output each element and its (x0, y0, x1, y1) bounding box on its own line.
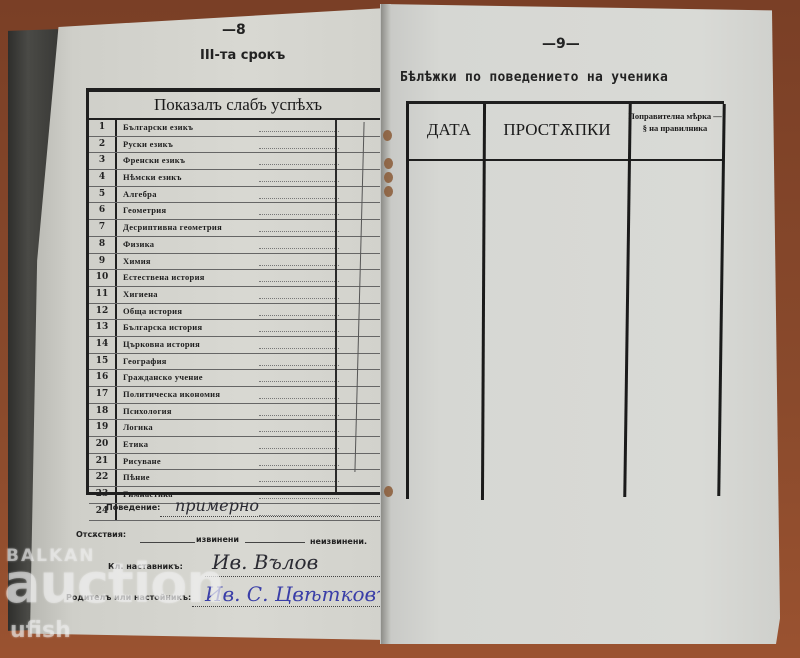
subject-number: 15 (89, 354, 117, 370)
grade-dotted-line (259, 131, 339, 132)
subject-row: 13Българска история (89, 320, 387, 337)
subject-number: 13 (89, 320, 117, 336)
subject-row: 20Етика (89, 437, 387, 454)
subject-row: 1Български езикъ (89, 120, 387, 137)
subject-name: Френски езикъ (123, 153, 185, 169)
subject-number: 23 (89, 487, 117, 503)
subject-row: 9Химия (89, 254, 387, 271)
subject-name: Български езикъ (123, 120, 193, 136)
subject-name: Естествена история (123, 270, 205, 286)
subject-name: Гражданско учение (123, 370, 203, 386)
subject-name: Геометрия (123, 203, 166, 219)
grade-dotted-line (259, 214, 339, 215)
grade-dotted-line (259, 298, 339, 299)
subject-name: Физика (123, 237, 154, 253)
weak-grades-table: Показалъ слабъ успѣхъ 1Български езикъ2Р… (86, 88, 390, 495)
subject-number: 8 (89, 237, 117, 253)
absences-unexcused-line (245, 542, 305, 543)
parent-signature: Ив. С. Цвѣтковъ (205, 582, 389, 606)
subject-name: Българска история (123, 320, 202, 336)
subject-number: 14 (89, 337, 117, 353)
column-line-offenses (623, 104, 631, 497)
grade-dotted-line (259, 348, 339, 349)
left-page-number: —8 (222, 22, 246, 38)
header-date: ДАТА (414, 120, 484, 140)
absences-unexcused-label: неизвинени. (310, 537, 367, 546)
grade-dotted-line (259, 248, 339, 249)
subject-number: 20 (89, 437, 117, 453)
subject-name: Химия (123, 254, 151, 270)
grade-dotted-line (259, 265, 339, 266)
subject-number: 22 (89, 470, 117, 486)
subject-name: Руски езикъ (123, 137, 173, 153)
grade-dotted-line (259, 431, 339, 432)
subject-name: Обща история (123, 304, 182, 320)
class-teacher-signature: Ив. Вълов (212, 550, 318, 574)
column-line-left (406, 104, 409, 499)
subject-number: 6 (89, 203, 117, 219)
table-header: ДАТА ПРОСТѪПКИ Поправителна мѣрка — § на… (406, 104, 724, 161)
grade-dotted-line (259, 331, 339, 332)
absences-excused-label: извинени (196, 535, 239, 544)
grade-dotted-line (259, 231, 339, 232)
subject-row: 21Рисуване (89, 454, 387, 471)
subject-row: 5Алгебра (89, 187, 387, 204)
subject-row: 4Нѣмски езикъ (89, 170, 387, 187)
grade-dotted-line (259, 181, 339, 182)
subject-row: 2Руски езикъ (89, 137, 387, 154)
subject-row: 17Политическа икономия (89, 387, 387, 404)
book-gutter (381, 4, 391, 644)
subject-number: 2 (89, 137, 117, 153)
subject-row: 12Обща история (89, 304, 387, 321)
watermark-logo: auction (4, 552, 224, 615)
rust-stain (384, 158, 393, 169)
behavior-label: Поведение: (106, 503, 160, 512)
subject-name: Хигиена (123, 287, 158, 303)
subject-list: 1Български езикъ2Руски езикъ3Френски ези… (89, 120, 387, 521)
subject-number: 1 (89, 120, 117, 136)
grade-dotted-line (259, 365, 339, 366)
grade-dotted-line (259, 415, 339, 416)
grade-dotted-line (259, 148, 339, 149)
subject-number: 5 (89, 187, 117, 203)
subject-name: Етика (123, 437, 148, 453)
behavior-notes-table: ДАТА ПРОСТѪПКИ Поправителна мѣрка — § на… (406, 101, 724, 499)
subject-number: 7 (89, 220, 117, 236)
right-page-number: —9— (542, 36, 580, 52)
rust-stain (384, 172, 393, 183)
subject-row: 11Хигиена (89, 287, 387, 304)
subject-row: 18Психология (89, 404, 387, 421)
subject-row: 16Гражданско учение (89, 370, 387, 387)
absences-excused-line (140, 542, 195, 543)
behavior-notes-heading: Бѣлѣжки по поведението на ученика (400, 70, 668, 85)
grade-dotted-line (259, 164, 339, 165)
grade-dotted-line (259, 398, 339, 399)
grade-dotted-line (259, 381, 339, 382)
subject-number: 16 (89, 370, 117, 386)
subject-name: Политическа икономия (123, 387, 220, 403)
grade-column-divider (335, 120, 337, 492)
class-teacher-line (205, 576, 380, 577)
subject-row: 6Геометрия (89, 203, 387, 220)
rust-stain (383, 130, 392, 141)
header-corrective-measure: Поправителна мѣрка — § на правилника (628, 110, 722, 134)
grade-dotted-line (259, 481, 339, 482)
rust-stain (384, 486, 393, 497)
watermark-line3: ufish (10, 618, 71, 643)
subject-number: 21 (89, 454, 117, 470)
subject-name: Рисуване (123, 454, 161, 470)
behavior-line (160, 516, 380, 517)
subject-name: Психология (123, 404, 172, 420)
subject-number: 19 (89, 420, 117, 436)
subject-name: Църковна история (123, 337, 200, 353)
subject-number: 12 (89, 304, 117, 320)
subject-name: География (123, 354, 167, 370)
subject-row: 7Десриптивна геометрия (89, 220, 387, 237)
subject-row: 19Логика (89, 420, 387, 437)
term-title: III-та срокъ (200, 48, 285, 63)
subject-number: 3 (89, 153, 117, 169)
grade-dotted-line (259, 498, 339, 499)
column-line-date (481, 104, 486, 500)
subject-number: 4 (89, 170, 117, 186)
subject-name: Пѣние (123, 470, 150, 486)
grade-dotted-line (259, 315, 339, 316)
header-offenses: ПРОСТѪПКИ (488, 120, 626, 140)
grade-dotted-line (259, 281, 339, 282)
table-caption: Показалъ слабъ успѣхъ (89, 92, 387, 120)
subject-number: 17 (89, 387, 117, 403)
grade-dotted-line (259, 465, 339, 466)
subject-row: 15География (89, 354, 387, 371)
grade-dotted-line (259, 448, 339, 449)
subject-name: Логика (123, 420, 153, 436)
subject-name: Нѣмски езикъ (123, 170, 182, 186)
subject-name: Алгебра (123, 187, 157, 203)
subject-name: Гимнастика (123, 487, 173, 503)
subject-number: 9 (89, 254, 117, 270)
behavior-handwritten-value: примерно (175, 496, 259, 515)
subject-row: 8Физика (89, 237, 387, 254)
subject-row: 14Църковна история (89, 337, 387, 354)
rust-stain (384, 186, 393, 197)
subject-number: 10 (89, 270, 117, 286)
subject-row: 3Френски езикъ (89, 153, 387, 170)
subject-number: 11 (89, 287, 117, 303)
subject-row: 10Естествена история (89, 270, 387, 287)
subject-number: 18 (89, 404, 117, 420)
grade-dotted-line (259, 198, 339, 199)
subject-name: Десриптивна геометрия (123, 220, 222, 236)
subject-row: 22Пѣние (89, 470, 387, 487)
absences-label: Отсѫствия: (76, 530, 126, 539)
